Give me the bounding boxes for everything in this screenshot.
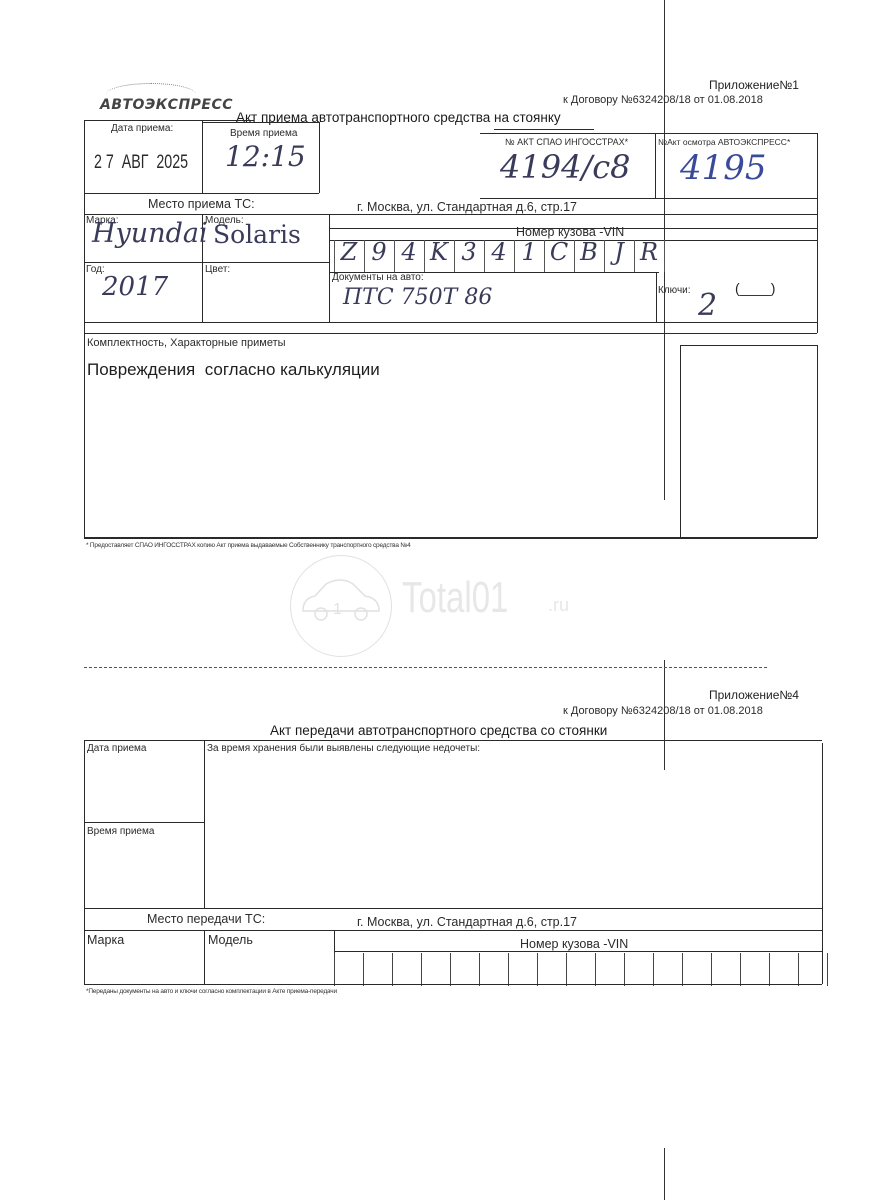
color-label: Цвет:: [205, 264, 230, 275]
table-border: [329, 214, 330, 322]
completeness-value: Повреждения согласно калькуляции: [87, 360, 380, 380]
table-border: [84, 930, 822, 931]
vin-cell-divider: [508, 953, 509, 986]
vin-cell-divider: [566, 953, 567, 986]
vin-cell-divider: [624, 953, 625, 986]
table-border: [204, 740, 205, 908]
contract-reference-4: к Договору №6324208/18 от 01.08.2018: [563, 705, 763, 717]
vin-cell-divider: [363, 953, 364, 986]
table-border: [84, 740, 85, 984]
act-title-4: Акт передачи автотранспортного средства …: [270, 723, 607, 738]
vin-cell-divider: [653, 953, 654, 986]
model-value: Solaris: [213, 220, 301, 249]
vin-cell-divider: [479, 953, 480, 986]
avto-act-label: №Акт осмотра АВТОЭКСПРЕСС*: [658, 137, 790, 147]
vin-char: R: [634, 238, 664, 266]
logo-arc-icon: [106, 83, 196, 106]
footnote-top: * Предоставляет СПАО ИНГОССТРАХ копию Ак…: [86, 542, 411, 549]
vin-cell-divider: [827, 953, 828, 986]
place-value: г. Москва, ул. Стандартная д.6, стр.17: [357, 200, 577, 214]
car-logo-icon: 1: [290, 555, 392, 657]
table-border: [84, 262, 329, 263]
watermark-text: Total01: [402, 573, 508, 623]
vin-char: 3: [454, 238, 484, 266]
make-value: Hyundai: [92, 218, 208, 249]
vin-char: 4: [484, 238, 514, 266]
table-border: [84, 333, 85, 538]
date-stamp: 2 7 АВГ 2025: [94, 152, 188, 174]
docs-value: ПТС 750Т 86: [343, 285, 492, 310]
table-border: [84, 537, 817, 539]
year-value: 2017: [102, 272, 168, 302]
table-border: [84, 193, 319, 194]
date-label-4: Дата приема: [87, 743, 146, 754]
defects-label: За время хранения были выявлены следующи…: [207, 743, 480, 754]
vin-cell-divider: [682, 953, 683, 986]
make-label-4: Марка: [87, 933, 124, 947]
time-value: 12:15: [225, 140, 306, 173]
vin-cell-divider: [711, 953, 712, 986]
vin-label: Номер кузова -VIN: [516, 225, 624, 239]
company-logo: АВТОЭКСПРЕСС: [100, 97, 233, 113]
table-border: [680, 345, 817, 346]
table-border: [84, 120, 254, 121]
title-underline: [494, 129, 594, 130]
vin-char: J: [604, 238, 634, 266]
vin-char: 4: [394, 238, 424, 266]
model-label-4: Модель: [208, 933, 253, 947]
keys-extra: (____): [735, 280, 775, 296]
keys-label: Ключи:: [658, 285, 691, 296]
time-label: Время приема: [230, 128, 297, 139]
vin-char: 1: [514, 238, 544, 266]
vin-cell-divider: [664, 240, 665, 272]
date-label: Дата приема:: [111, 123, 173, 134]
docs-label: Документы на авто:: [332, 272, 424, 283]
table-border: [817, 133, 818, 333]
vin-cell-divider: [334, 953, 335, 986]
watermark-suffix: .ru: [548, 595, 569, 616]
vin-cell-divider: [537, 953, 538, 986]
vin-char: 9: [364, 238, 394, 266]
table-border: [84, 120, 85, 335]
appendix-label-4: Приложение№4: [709, 688, 799, 702]
vin-char: Z: [334, 238, 364, 266]
table-border: [655, 133, 656, 198]
appendix-label: Приложение№1: [709, 78, 799, 92]
table-border: [84, 822, 204, 823]
vin-char: C: [544, 238, 574, 266]
ingos-act-label: № АКТ СПАО ИНГОССТРАХ*: [505, 137, 628, 147]
vin-cell-divider: [595, 953, 596, 986]
table-border: [204, 930, 205, 984]
svg-text:1: 1: [333, 601, 342, 618]
contract-reference: к Договору №6324208/18 от 01.08.2018: [563, 94, 763, 106]
table-border: [822, 743, 823, 984]
keys-value: 2: [698, 288, 717, 323]
table-border: [319, 122, 320, 193]
place-label-4: Место передачи ТС:: [147, 912, 265, 926]
cut-line: [84, 667, 767, 668]
table-border: [480, 133, 817, 134]
table-border: [656, 272, 657, 322]
vin-cell-divider: [392, 953, 393, 986]
table-border: [84, 908, 822, 909]
table-border: [480, 198, 817, 199]
table-border: [817, 345, 818, 538]
time-label-4: Время приема: [87, 826, 154, 837]
vin-cell-divider: [740, 953, 741, 986]
table-border: [84, 214, 817, 215]
table-border: [202, 122, 319, 123]
table-border: [84, 333, 817, 334]
vin-cell-divider: [798, 953, 799, 986]
vin-cell-divider: [450, 953, 451, 986]
place-value-4: г. Москва, ул. Стандартная д.6, стр.17: [357, 915, 577, 929]
page-fold-line-bottom: [664, 1148, 665, 1200]
table-border: [84, 984, 822, 985]
completeness-label: Комплектность, Характорные приметы: [87, 337, 286, 349]
vin-label-4: Номер кузова -VIN: [520, 937, 628, 951]
table-border: [84, 322, 817, 323]
vin-char: B: [574, 238, 604, 266]
table-border: [680, 345, 681, 538]
avto-act-value: 4195: [680, 148, 767, 188]
vin-char: K: [424, 238, 454, 266]
vin-cell-divider: [769, 953, 770, 986]
table-border: [202, 120, 203, 193]
vin-cell-divider: [421, 953, 422, 986]
place-label: Место приема ТС:: [148, 197, 255, 211]
table-border: [334, 951, 822, 952]
table-border: [84, 740, 822, 741]
footnote-bottom: *Переданы документы на авто и ключи согл…: [86, 988, 337, 995]
car-outline-icon: 1: [291, 556, 391, 656]
ingos-act-value: 4194/с8: [500, 148, 631, 186]
